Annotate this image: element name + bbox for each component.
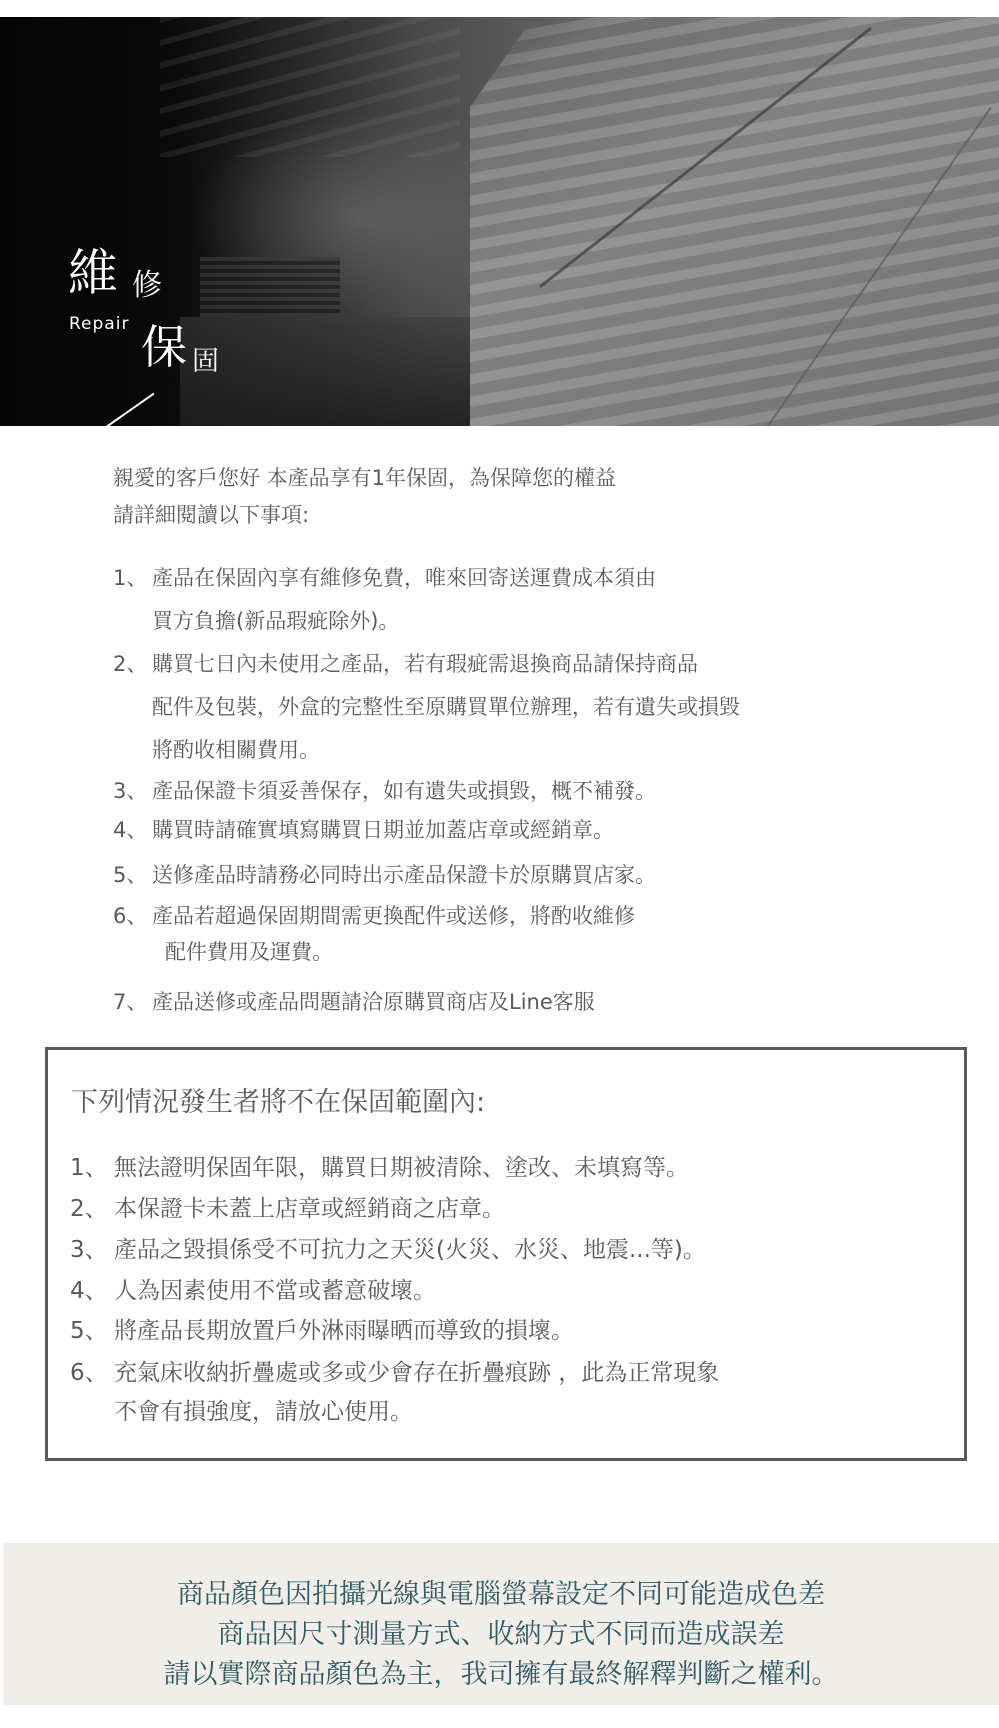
exclusion-text: 本保證卡未蓋上店章或經銷商之店章。 — [114, 1190, 505, 1223]
air-mattress-photo — [470, 17, 999, 426]
term-text: 配件及包裝，外盒的完整性至原購買單位辦理，若有遺失或損毀 — [152, 697, 740, 718]
exclusion-number: 6、 — [70, 1354, 108, 1387]
term-text: 產品若超過保固期間需更換配件或送修，將酌收維修 — [152, 906, 635, 927]
hero-title-char-wei: 維 — [68, 248, 118, 298]
intro-line-1: 親愛的客戶您好 本產品享有1年保固，為保障您的權益 — [113, 468, 616, 489]
exclusion-number: 1、 — [70, 1149, 108, 1182]
disclaimer-line-3: 請以實際商品顏色為主，我司擁有最終解釋判斷之權利。 — [3, 1652, 999, 1691]
hero-title: 維 修 Repair 保 固 — [0, 17, 300, 426]
hero-title-char-gu: 固 — [192, 348, 219, 375]
exclusion-number: 5、 — [70, 1312, 108, 1345]
term-text: 產品在保固內享有維修免費，唯來回寄送運費成本須由 — [152, 568, 656, 589]
hero-title-char-xiu: 修 — [132, 271, 162, 301]
term-number: 5、 — [113, 865, 147, 886]
term-number: 7、 — [113, 992, 147, 1013]
exclusion-text: 產品之毀損係受不可抗力之天災(火災、水災、地震...等)。 — [114, 1231, 706, 1264]
exclusion-number: 4、 — [70, 1272, 108, 1305]
exclusion-text: 將產品長期放置戶外淋雨曝晒而導致的損壞。 — [114, 1312, 574, 1345]
intro-line-2: 請詳細閱讀以下事項: — [113, 505, 309, 526]
term-number: 6、 — [113, 906, 147, 927]
term-text: 產品保證卡須妥善保存，如有遺失或損毀，概不補發。 — [152, 781, 656, 802]
exclusion-text: 不會有損強度，請放心使用。 — [114, 1393, 413, 1426]
hero-subtitle-repair: Repair — [69, 316, 129, 333]
disclaimer-line-1: 商品顏色因拍攝光線與電腦螢幕設定不同可能造成色差 — [3, 1572, 999, 1611]
color-disclaimer-banner: 商品顏色因拍攝光線與電腦螢幕設定不同可能造成色差 商品因尺寸測量方式、收納方式不… — [3, 1543, 999, 1705]
term-number: 2、 — [113, 654, 147, 675]
disclaimer-line-2: 商品因尺寸測量方式、收納方式不同而造成誤差 — [3, 1612, 999, 1651]
exclusion-text: 人為因素使用不當或蓄意破壞。 — [114, 1272, 436, 1305]
term-text: 購買時請確實填寫購買日期並加蓋店章或經銷章。 — [152, 820, 614, 841]
term-number: 4、 — [113, 820, 147, 841]
exclusion-number: 3、 — [70, 1231, 108, 1264]
exclusion-number: 2、 — [70, 1190, 108, 1223]
term-text: 配件費用及運費。 — [165, 942, 333, 963]
hero-slash-divider — [73, 393, 154, 426]
exclusion-text: 充氣床收納折疊處或多或少會存在折疊痕跡 ，此為正常現象 — [114, 1354, 719, 1387]
term-text: 買方負擔(新品瑕疵除外)。 — [152, 611, 399, 632]
hero-title-char-bao: 保 — [141, 324, 187, 370]
term-text: 產品送修或產品問題請洽原購買商店及Line客服 — [152, 992, 595, 1013]
term-text: 送修產品時請務必同時出示產品保證卡於原購買店家。 — [152, 865, 656, 886]
exclusion-text: 無法證明保固年限，購買日期被清除、塗改、未填寫等。 — [114, 1149, 689, 1182]
term-number: 1、 — [113, 568, 147, 589]
term-number: 3、 — [113, 781, 147, 802]
exclusions-box: 下列情況發生者將不在保固範圍內: 1、 無法證明保固年限，購買日期被清除、塗改、… — [45, 1047, 967, 1461]
exclusions-title: 下列情況發生者將不在保固範圍內: — [71, 1080, 485, 1119]
hero-banner: 維 修 Repair 保 固 — [0, 17, 999, 426]
term-text: 購買七日內未使用之產品，若有瑕疵需退換商品請保持商品 — [152, 654, 698, 675]
term-text: 將酌收相關費用。 — [152, 740, 320, 761]
